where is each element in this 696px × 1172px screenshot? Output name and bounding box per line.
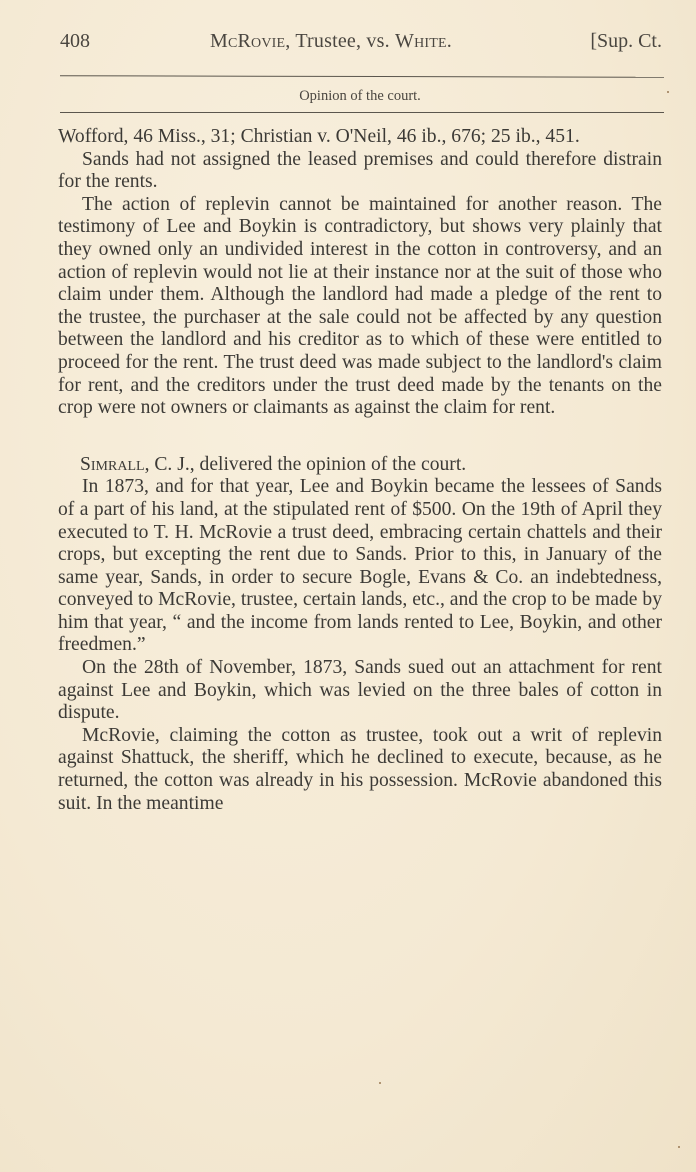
paper-speck: [678, 1146, 680, 1148]
paragraph: Sands had not assigned the leased premis…: [58, 149, 662, 194]
page-number: 408: [60, 30, 90, 53]
paper-speck: [667, 91, 669, 93]
paper-speck: [379, 1082, 381, 1084]
court-label: [Sup. Ct.: [590, 30, 662, 53]
paragraph: On the 28th of November, 1873, Sands sue…: [58, 657, 662, 725]
paragraph: The action of replevin cannot be maintai…: [58, 194, 662, 420]
case-title: McRovie, Trustee, vs. White.: [210, 30, 452, 53]
opinion-attribution: Simrall, C. J., delivered the opinion of…: [58, 454, 662, 477]
section-subhead: Opinion of the court.: [58, 88, 662, 105]
body-text: Wofford, 46 Miss., 31; Christian v. O'Ne…: [58, 126, 662, 815]
section-gap: [58, 420, 662, 454]
header-rule-top: [60, 75, 664, 78]
paragraph-citation: Wofford, 46 Miss., 31; Christian v. O'Ne…: [58, 126, 662, 149]
paragraph: McRovie, claiming the cotton as trustee,…: [58, 725, 662, 815]
paragraph: In 1873, and for that year, Lee and Boyk…: [58, 476, 662, 657]
header-rule-bottom: [60, 112, 664, 113]
running-head: 408 McRovie, Trustee, vs. White. [Sup. C…: [58, 28, 662, 58]
